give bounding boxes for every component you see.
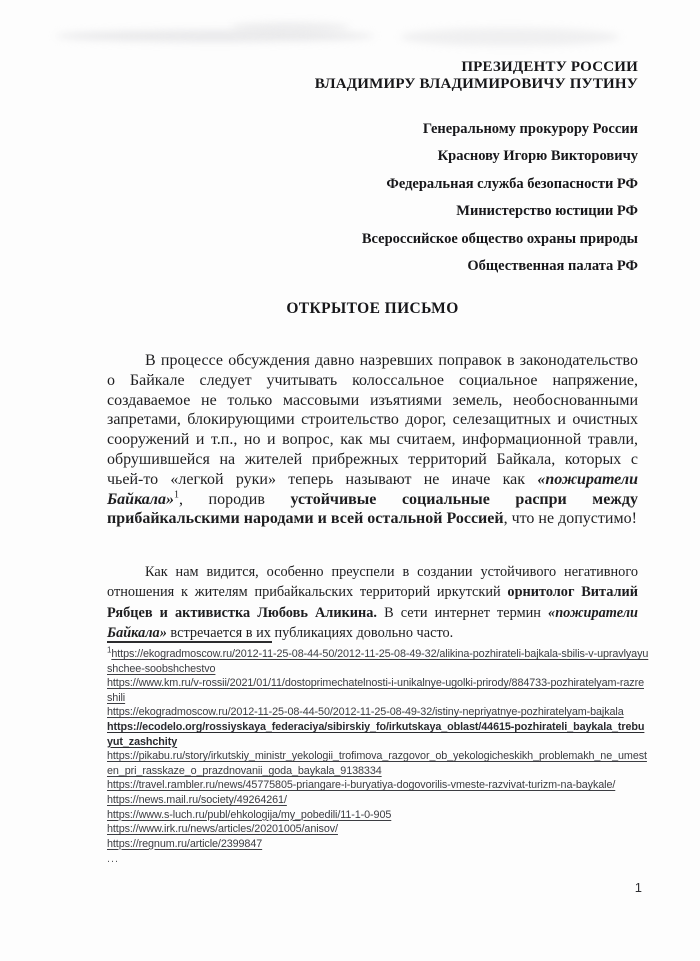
paragraph-1-text: В процессе обсуждения давно назревших по… <box>107 352 638 488</box>
paragraph-2-text: встречается в их публикациях довольно ча… <box>167 625 453 641</box>
addressee-line: Всероссийское общество охраны природы <box>362 226 638 253</box>
paragraph-1-text: , что не допустимо! <box>504 510 637 527</box>
addressee-line: Генеральному прокурору России <box>362 116 638 143</box>
addressee-line: Общественная палата РФ <box>362 253 638 280</box>
addressee-line: Краснову Игорю Викторовичу <box>362 143 638 170</box>
secondary-recipients-block: Генеральному прокурору России Краснову И… <box>362 116 638 280</box>
footnote-link[interactable]: https://news.mail.ru/society/49264261/ <box>107 793 649 808</box>
footnote-link[interactable]: https://regnum.ru/article/2399847 <box>107 837 649 852</box>
footnote-link[interactable]: https://www.km.ru/v-rossii/2021/01/11/do… <box>107 676 649 705</box>
scan-smudge <box>230 22 350 32</box>
footnote-link[interactable]: https://ecodelo.org/rossiyskaya_federaci… <box>107 720 649 749</box>
recipient-line-president-name: ВЛАДИМИРУ ВЛАДИМИРОВИЧУ ПУТИНУ <box>315 76 638 93</box>
footnote-link[interactable]: https://ekogradmoscow.ru/2012-11-25-08-4… <box>107 705 649 720</box>
scan-smudge <box>400 28 620 46</box>
addressee-line: Федеральная служба безопасности РФ <box>362 171 638 198</box>
scanned-letter-page: ПРЕЗИДЕНТУ РОССИИ ВЛАДИМИРУ ВЛАДИМИРОВИЧ… <box>0 0 700 961</box>
page-number: 1 <box>635 880 642 895</box>
footnote-link[interactable]: https://www.irk.ru/news/articles/2020100… <box>107 822 649 837</box>
footnotes-ellipsis: ... <box>107 852 649 867</box>
footnote-link[interactable]: https://travel.rambler.ru/news/45775805-… <box>107 778 649 793</box>
footnote-link[interactable]: 1https://ekogradmoscow.ru/2012-11-25-08-… <box>107 647 649 676</box>
recipient-line-president: ПРЕЗИДЕНТУ РОССИИ <box>315 59 638 76</box>
paragraph-2: Как нам видится, особенно преуспели в со… <box>107 562 638 644</box>
scan-smudge <box>55 30 375 42</box>
paragraph-1-text: , породив <box>179 491 290 508</box>
paragraph-1: В процессе обсуждения давно назревших по… <box>107 351 638 529</box>
footnote-link[interactable]: https://www.s-luch.ru/publ/ehkologija/my… <box>107 808 649 823</box>
paragraph-2-text: В сети интернет термин <box>377 605 548 621</box>
footnote-separator <box>107 641 272 643</box>
footnotes-block: 1https://ekogradmoscow.ru/2012-11-25-08-… <box>107 647 649 867</box>
primary-recipient-block: ПРЕЗИДЕНТУ РОССИИ ВЛАДИМИРУ ВЛАДИМИРОВИЧ… <box>315 59 638 93</box>
addressee-line: Министерство юстиции РФ <box>362 198 638 225</box>
letter-title: ОТКРЫТОЕ ПИСЬМО <box>107 300 638 318</box>
footnote-link[interactable]: https://pikabu.ru/story/irkutskiy_minist… <box>107 749 649 778</box>
